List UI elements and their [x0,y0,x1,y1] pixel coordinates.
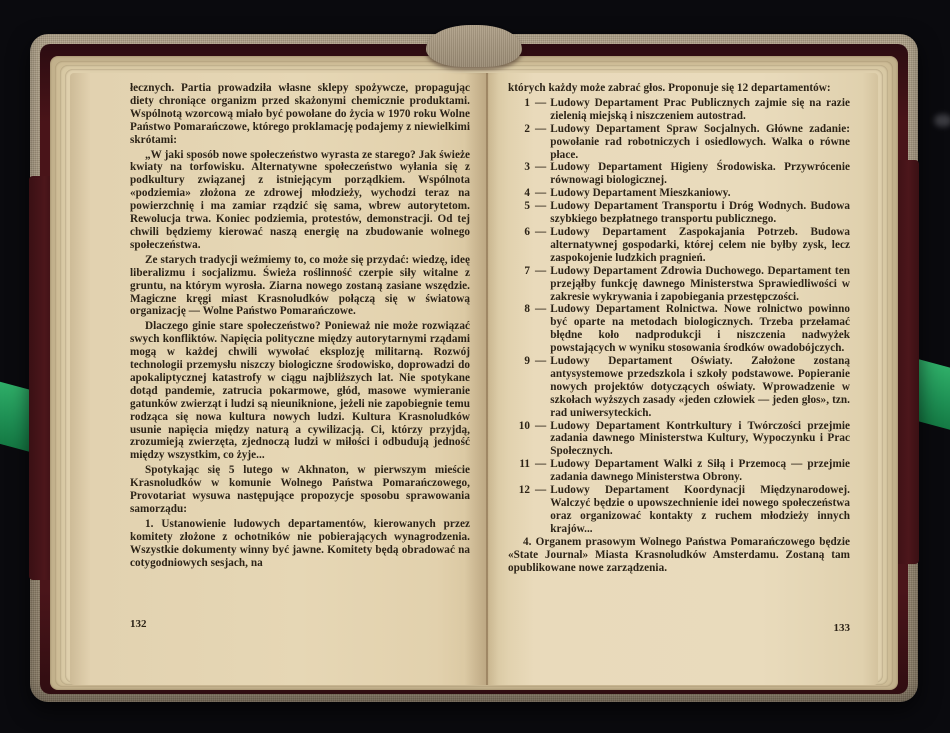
dash-separator: — [530,484,550,536]
paragraph: Ze starych tradycji weźmiemy to, co może… [130,254,470,319]
dash-separator: — [530,97,550,123]
department-item: 4—Ludowy Departament Mieszkaniowy. [508,187,850,200]
department-number: 10 [508,420,530,459]
spine-cloth-bump [426,25,522,67]
dash-separator: — [530,420,550,459]
department-number: 2 [508,123,530,162]
department-text: Ludowy Departament Kontrkultury i Twórcz… [550,420,850,459]
department-item: 7—Ludowy Departament Zdrowia Duchowego. … [508,265,850,304]
department-text: Ludowy Departament Rolnictwa. Nowe rolni… [550,303,850,355]
department-item: 1—Ludowy Departament Prac Publicznych za… [508,97,850,123]
department-number: 7 [508,265,530,304]
dash-separator: — [530,226,550,265]
department-number: 8 [508,303,530,355]
paragraph: Spotykając się 5 lutego w Akhnaton, w pi… [130,464,470,516]
department-text: Ludowy Departament Transportu i Dróg Wod… [550,200,850,226]
dash-separator: — [530,187,550,200]
paragraph: Dlaczego ginie stare społeczeństwo? Poni… [130,320,470,462]
department-text: Ludowy Departament Mieszkaniowy. [550,187,850,200]
closing-paragraph: 4. Organem prasowym Wolnego Państwa Poma… [508,536,850,575]
department-number: 1 [508,97,530,123]
dash-separator: — [530,355,550,420]
department-text: Ludowy Departament Oświaty. Założone zos… [550,355,850,420]
department-text: Ludowy Departament Higieny Środowiska. P… [550,161,850,187]
department-list: 1—Ludowy Departament Prac Publicznych za… [508,97,850,536]
department-item: 11—Ludowy Departament Walki z Siłą i Prz… [508,458,850,484]
department-item: 8—Ludowy Departament Rolnictwa. Nowe rol… [508,303,850,355]
dash-separator: — [530,265,550,304]
dash-separator: — [530,123,550,162]
department-item: 6—Ludowy Departament Zaspokajania Potrze… [508,226,850,265]
intro-paragraph: których każdy może zabrać głos. Proponuj… [508,82,850,95]
department-text: Ludowy Departament Koordynacji Międzynar… [550,484,850,536]
paragraph: „W jaki sposób nowe społeczeństwo wyrast… [130,149,470,252]
department-number: 4 [508,187,530,200]
department-item: 10—Ludowy Departament Kontrkultury i Twó… [508,420,850,459]
paragraph: łecznych. Partia prowadziła własne sklep… [130,82,470,147]
page-number-right: 133 [508,622,850,634]
department-item: 5—Ludowy Departament Transportu i Dróg W… [508,200,850,226]
dash-separator: — [530,458,550,484]
dash-separator: — [530,161,550,187]
paragraph: 1. Ustanowienie ludowych departamentów, … [130,518,470,570]
background-smudge [934,114,950,127]
department-number: 9 [508,355,530,420]
department-item: 3—Ludowy Departament Higieny Środowiska.… [508,161,850,187]
department-text: Ludowy Departament Walki z Siłą i Przemo… [550,458,850,484]
department-text: Ludowy Departament Zaspokajania Potrzeb.… [550,226,850,265]
department-item: 9—Ludowy Departament Oświaty. Założone z… [508,355,850,420]
gutter-crease [486,73,488,685]
department-number: 12 [508,484,530,536]
department-number: 11 [508,458,530,484]
dash-separator: — [530,303,550,355]
left-page-text: łecznych. Partia prowadziła własne sklep… [130,82,470,572]
dash-separator: — [530,200,550,226]
page-number-left: 132 [130,618,147,630]
right-page-text: których każdy może zabrać głos. Proponuj… [508,82,850,576]
department-text: Ludowy Departament Prac Publicznych zajm… [550,97,850,123]
department-number: 5 [508,200,530,226]
department-number: 3 [508,161,530,187]
department-text: Ludowy Departament Spraw Socjalnych. Głó… [550,123,850,162]
department-number: 6 [508,226,530,265]
department-item: 12—Ludowy Departament Koordynacji Między… [508,484,850,536]
department-item: 2—Ludowy Departament Spraw Socjalnych. G… [508,123,850,162]
department-text: Ludowy Departament Zdrowia Duchowego. De… [550,265,850,304]
